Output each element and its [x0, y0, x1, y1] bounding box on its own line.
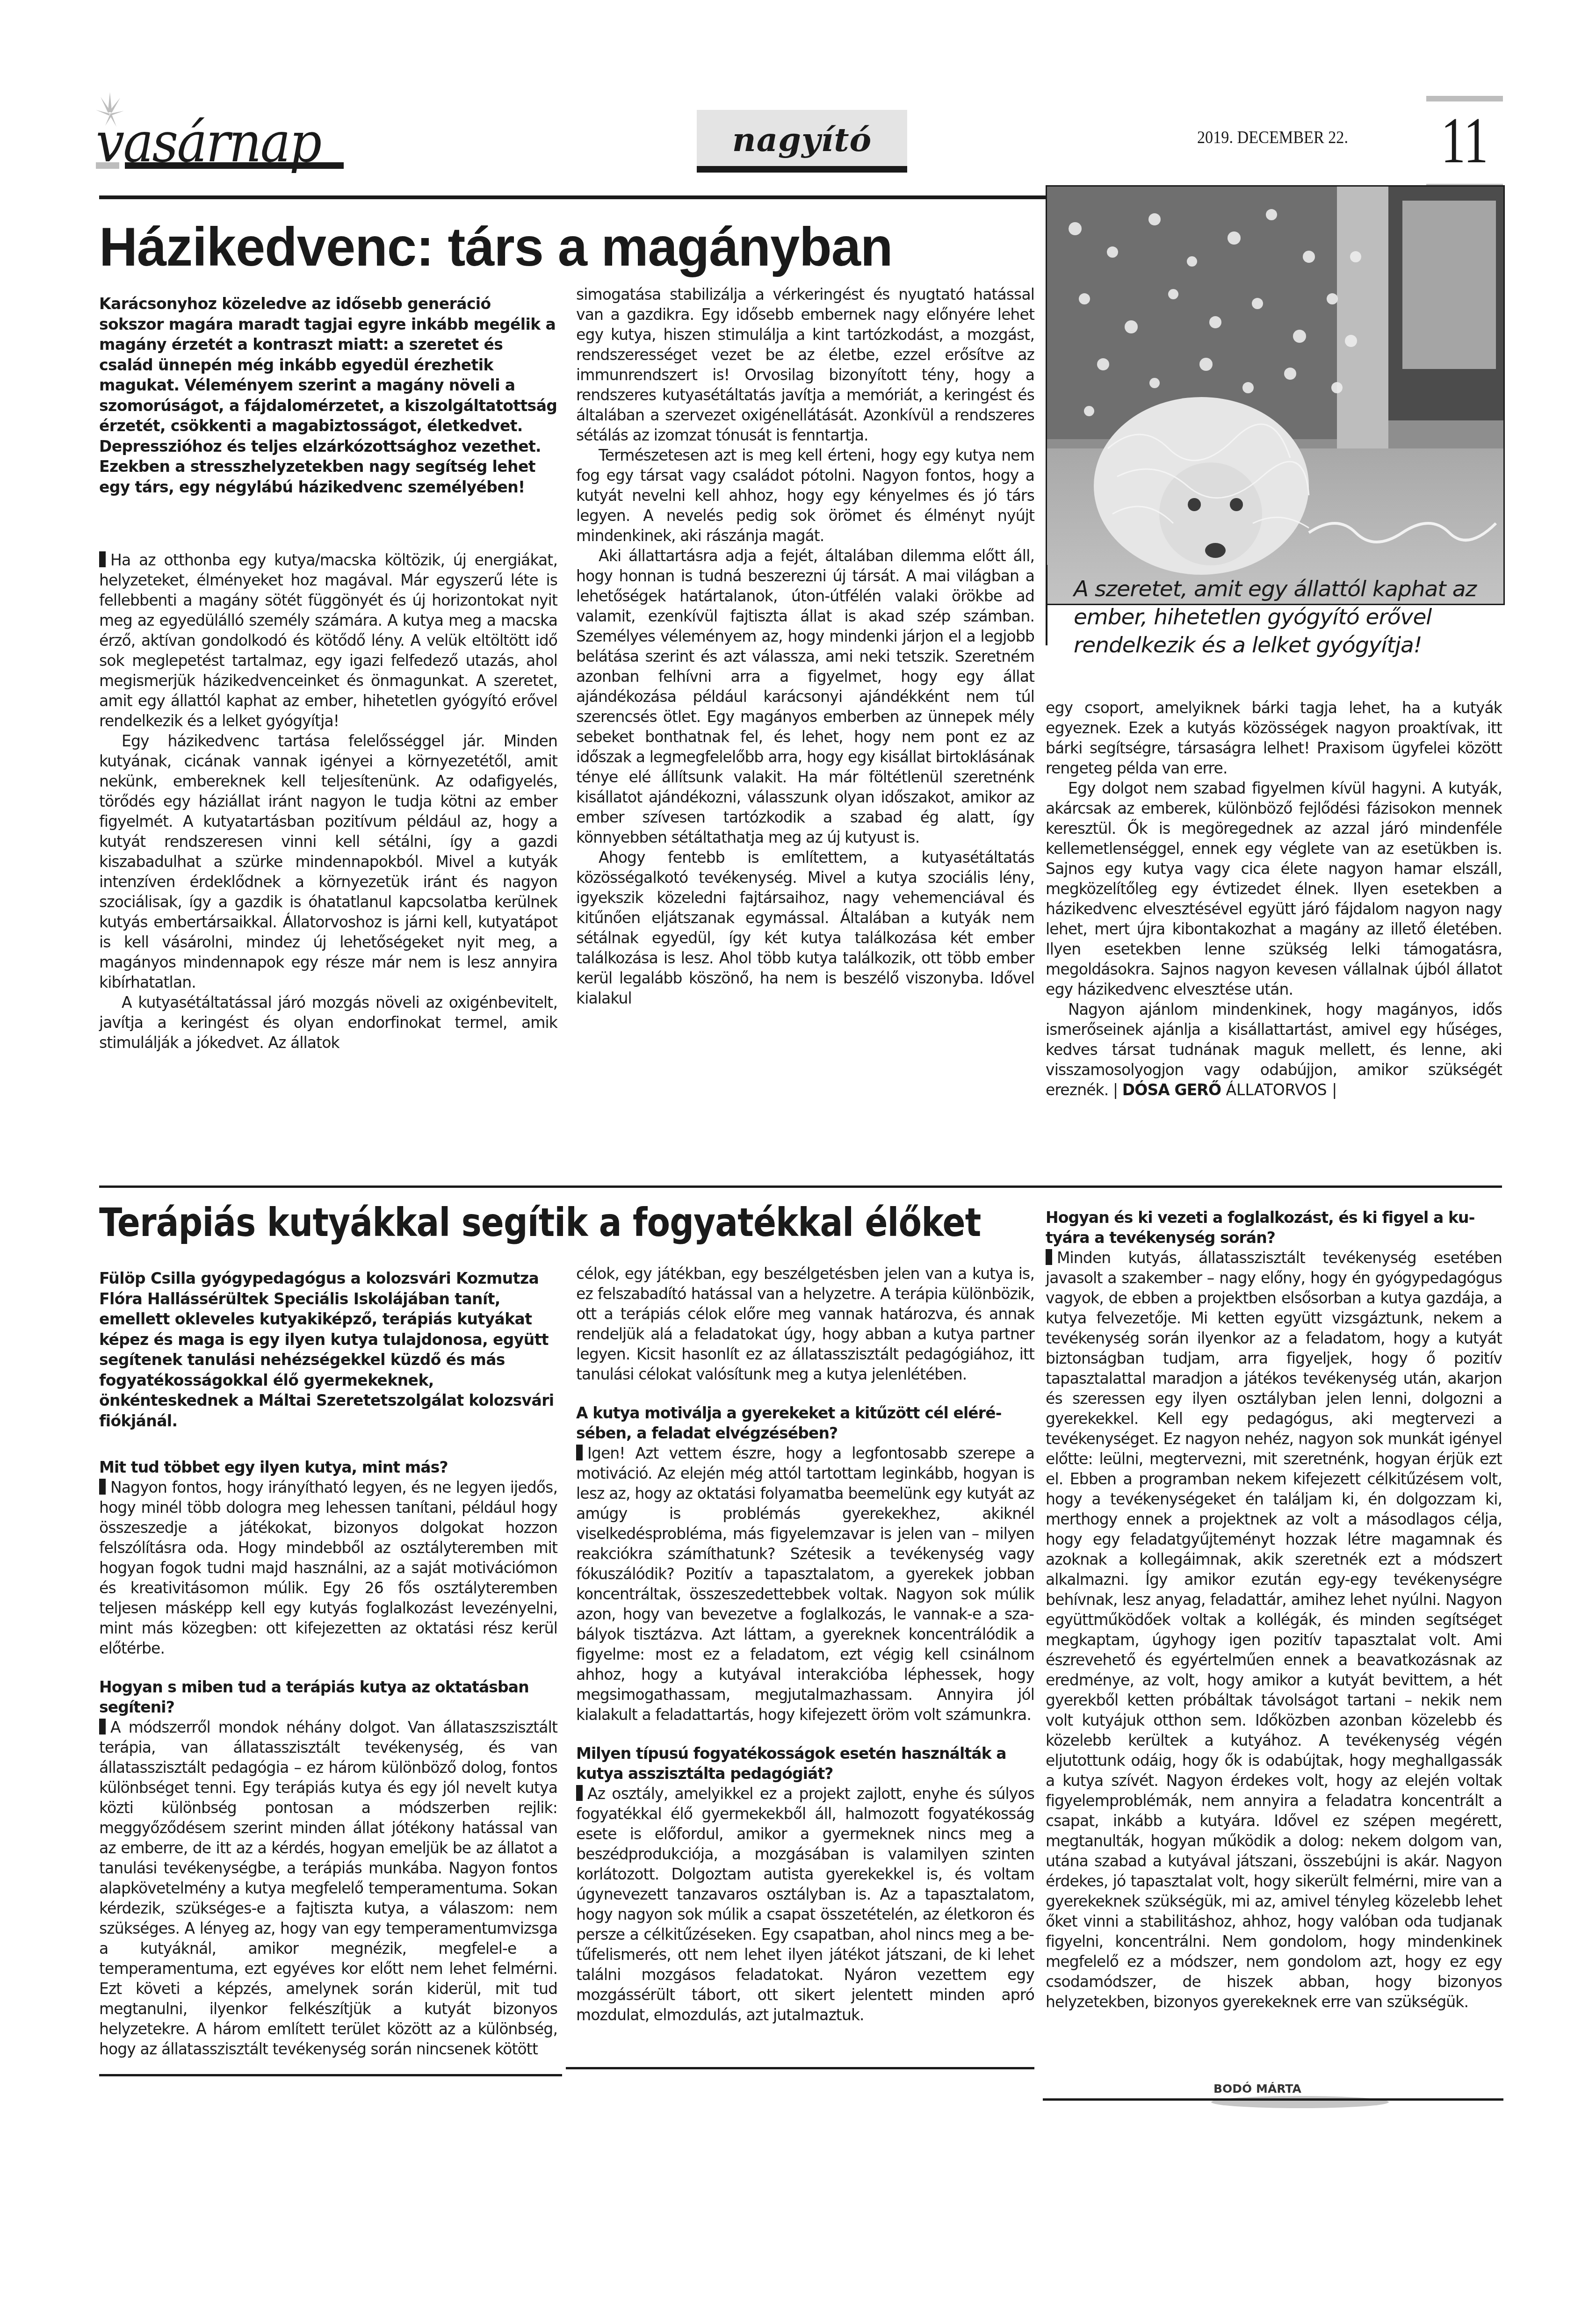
article-lead: Karácsonyhoz közeledve az idősebb generá… [99, 294, 557, 497]
interview-question: Hogyan és ki vezeti a foglalkozást, és k… [1046, 1207, 1502, 1248]
paragraph-marker-icon [576, 1785, 583, 1801]
interview-question: Hogyan s miben tud a terápiás kutya az o… [99, 1677, 557, 1717]
pull-quote: A szeretet, amit egy állattól kaphat az … [1046, 565, 1496, 645]
logo-underline [96, 162, 344, 169]
article-column-3: egy csoport, amelyiknek bárki tagja lehe… [1046, 698, 1502, 1100]
interview-question: Mit tud többet egy ilyen kutya, mint más… [99, 1457, 557, 1477]
interview-answer: Minden kutyás, állatasszisztált tevékeny… [1046, 1248, 1502, 2012]
footer-rule-3 [1043, 2098, 1503, 2101]
logo-text: vasárnap [96, 115, 320, 170]
paragraph: Ha az otthonba egy kutya/macska költözik… [99, 550, 557, 731]
section-tab[interactable]: nagyító [697, 110, 907, 171]
page-number-box: 11 [1426, 96, 1503, 189]
article-column-1: Ha az otthonba egy kutya/macska költözik… [99, 550, 557, 1053]
byline-decoration [1211, 2096, 1389, 2108]
interview-question: A kutya motiválja a gyerekeket a kitűzöt… [576, 1403, 1034, 1443]
article-photo[interactable] [1046, 185, 1505, 605]
paragraph-marker-icon [99, 551, 106, 567]
footer-rule-1 [99, 2074, 562, 2076]
paragraph: Aki állattartásra adja a fejét, általába… [576, 546, 1034, 847]
paragraph: egy csoport, amelyiknek bárki tagja lehe… [1046, 698, 1502, 778]
article-2-lead: Fülöp Csilla gyógypedagógus a kolozsvári… [99, 1268, 557, 1431]
article-column-2: simogatása stabilizálja a vérkeringést é… [576, 284, 1034, 1008]
article-2-column-3: Hogyan és ki vezeti a foglalkozást, és k… [1046, 1189, 1502, 2012]
issue-date: 2019. DECEMBER 22. [1197, 127, 1348, 148]
interview-answer: A módszerről mondok néhány dolgot. Van á… [99, 1717, 557, 2059]
paragraph: Egy házikedvenc tartása felelősséggel já… [99, 731, 557, 992]
interview-question: Milyen típusú fogyatékosságok esetén has… [576, 1743, 1034, 1784]
article-title: Házikedvenc: társ a magányban [99, 220, 892, 274]
paragraph: A kutyasétáltatással járó mozgás növeli … [99, 992, 557, 1053]
paragraph-marker-icon [99, 1719, 106, 1735]
article-divider [99, 1185, 1502, 1188]
section-tab-underline [697, 166, 907, 173]
paragraph-marker-icon [1046, 1249, 1052, 1265]
footer-rule-2 [566, 2067, 1034, 2069]
interview-answer: Nagyon fontos, hogy irányítható legyen, … [99, 1477, 557, 1658]
paragraph: Természetesen azt is meg kell érteni, ho… [576, 445, 1034, 546]
paragraph: Egy dolgot nem szabad figyelmen kívül ha… [1046, 778, 1502, 999]
paragraph-marker-icon [99, 1479, 106, 1495]
article-2-column-2: célok, egy játékban, egy beszélgetésben … [576, 1264, 1034, 2025]
paragraph-marker-icon [576, 1445, 583, 1460]
paragraph: Ahogy fentebb is említettem, a kutyasétá… [576, 847, 1034, 1008]
article-2-column-1: Mit tud többet egy ilyen kutya, mint más… [99, 1457, 557, 2059]
masthead-logo[interactable]: vasárnap [96, 96, 344, 171]
section-label: nagyító [697, 120, 907, 159]
author-role: ÁLLATORVOS | [1221, 1081, 1337, 1099]
article-2-title: Terápiás kutyákkal segítik a fogyatékkal… [99, 1203, 981, 1242]
article-2-byline: BODÓ MÁRTA [1213, 2082, 1301, 2096]
interview-answer: Igen! Azt vettem észre, hogy a legfontos… [576, 1443, 1034, 1725]
paragraph: Nagyon ajánlom mindenkinek, hogy magányo… [1046, 999, 1502, 1100]
dog-photo-illustration [1047, 187, 1503, 604]
pull-quote-text: A szeretet, amit egy állattól kaphat az … [1074, 575, 1496, 659]
paragraph: simogatása stabilizálja a vérkeringést é… [576, 284, 1034, 445]
interview-answer: Az osztály, amelyikkel ez a projekt zajl… [576, 1784, 1034, 2025]
page-number: 11 [1436, 108, 1494, 173]
interview-answer: célok, egy játékban, egy beszélgetésben … [576, 1264, 1034, 1384]
author-name: DÓSA GERŐ [1122, 1081, 1221, 1099]
